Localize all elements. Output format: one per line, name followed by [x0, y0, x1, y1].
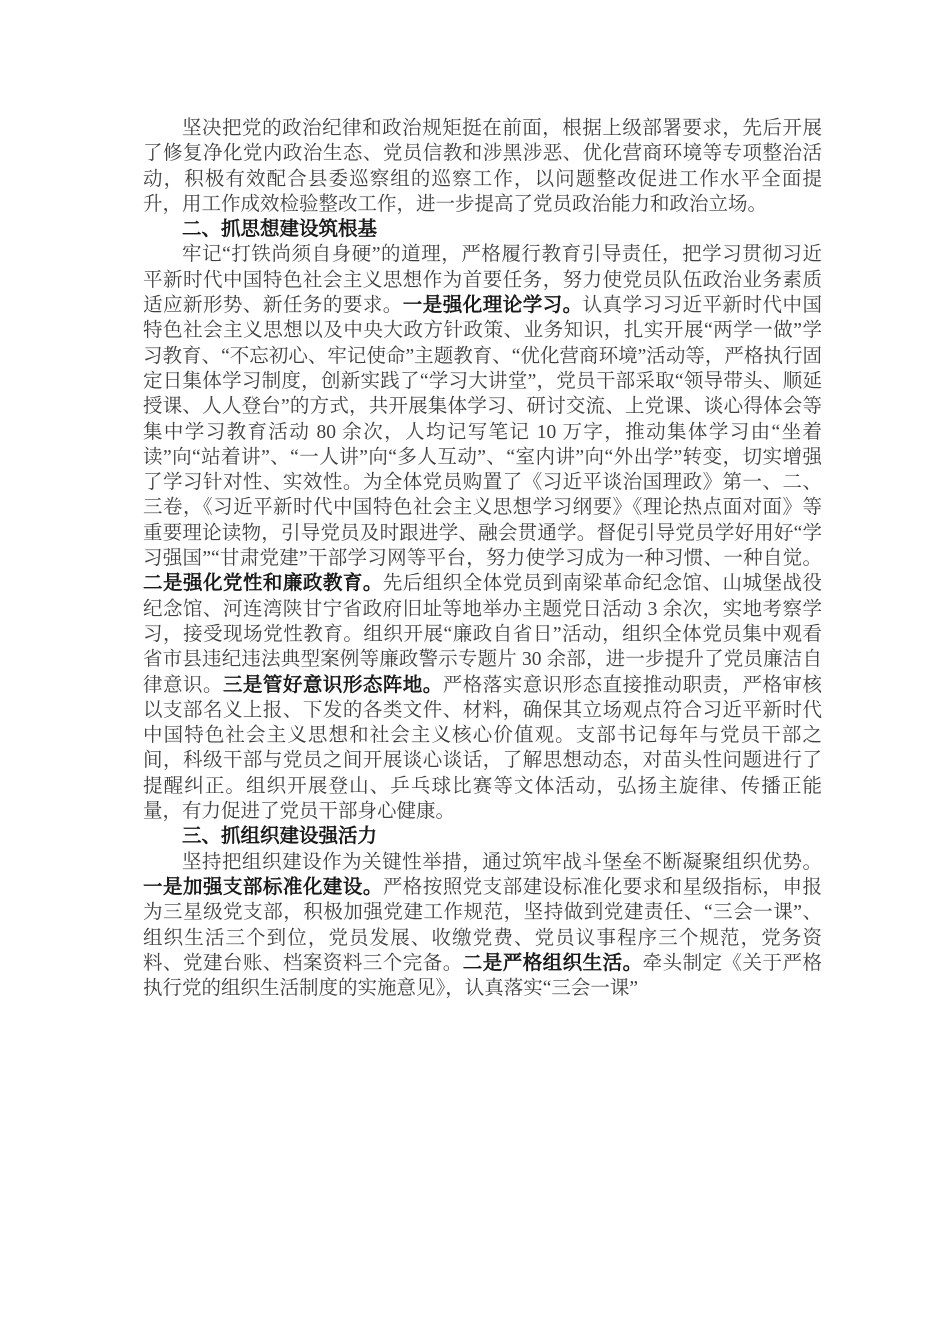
- document-body: 坚决把党的政治纪律和政治规矩挺在前面，根据上级部署要求，先后开展了修复净化党内政…: [143, 116, 822, 1001]
- section-heading: 三、抓组织建设强活力: [143, 824, 822, 849]
- bold-text-run: 一是加强支部标准化建设。: [143, 876, 383, 898]
- bold-text-run: 三是管好意识形态阵地。: [223, 674, 443, 696]
- bold-text-run: 三、抓组织建设强活力: [182, 825, 377, 847]
- text-run: 认真学习习近平新时代中国特色社会主义思想以及中央大政方针政策、业务知识，扎实开展…: [143, 295, 822, 569]
- bold-text-run: 二是强化党性和廉政教育。: [143, 572, 383, 594]
- text-run: 坚持把组织建设作为关键性举措，通过筑牢战斗堡垒不断凝聚组织优势。: [182, 852, 822, 873]
- body-paragraph: 坚持把组织建设作为关键性举措，通过筑牢战斗堡垒不断凝聚组织优势。一是加强支部标准…: [143, 850, 822, 1002]
- body-paragraph: 坚决把党的政治纪律和政治规矩挺在前面，根据上级部署要求，先后开展了修复净化党内政…: [143, 116, 822, 217]
- bold-text-run: 二、抓思想建设筑根基: [182, 218, 377, 240]
- text-run: 坚决把党的政治纪律和政治规矩挺在前面，根据上级部署要求，先后开展了修复净化党内政…: [143, 118, 822, 215]
- bold-text-run: 一是强化理论学习。: [403, 294, 583, 316]
- text-run: 严格落实意识形态直接推动职责，严格审核以支部名义上报、下发的各类文件、材料，确保…: [143, 675, 822, 822]
- body-paragraph: 牢记“打铁尚须自身硬”的道理，严格履行教育引导责任，把学习贯彻习近平新时代中国特…: [143, 242, 822, 824]
- document-page: 坚决把党的政治纪律和政治规矩挺在前面，根据上级部署要求，先后开展了修复净化党内政…: [0, 0, 950, 1344]
- bold-text-run: 二是严格组织生活。: [463, 952, 643, 974]
- section-heading: 二、抓思想建设筑根基: [143, 217, 822, 242]
